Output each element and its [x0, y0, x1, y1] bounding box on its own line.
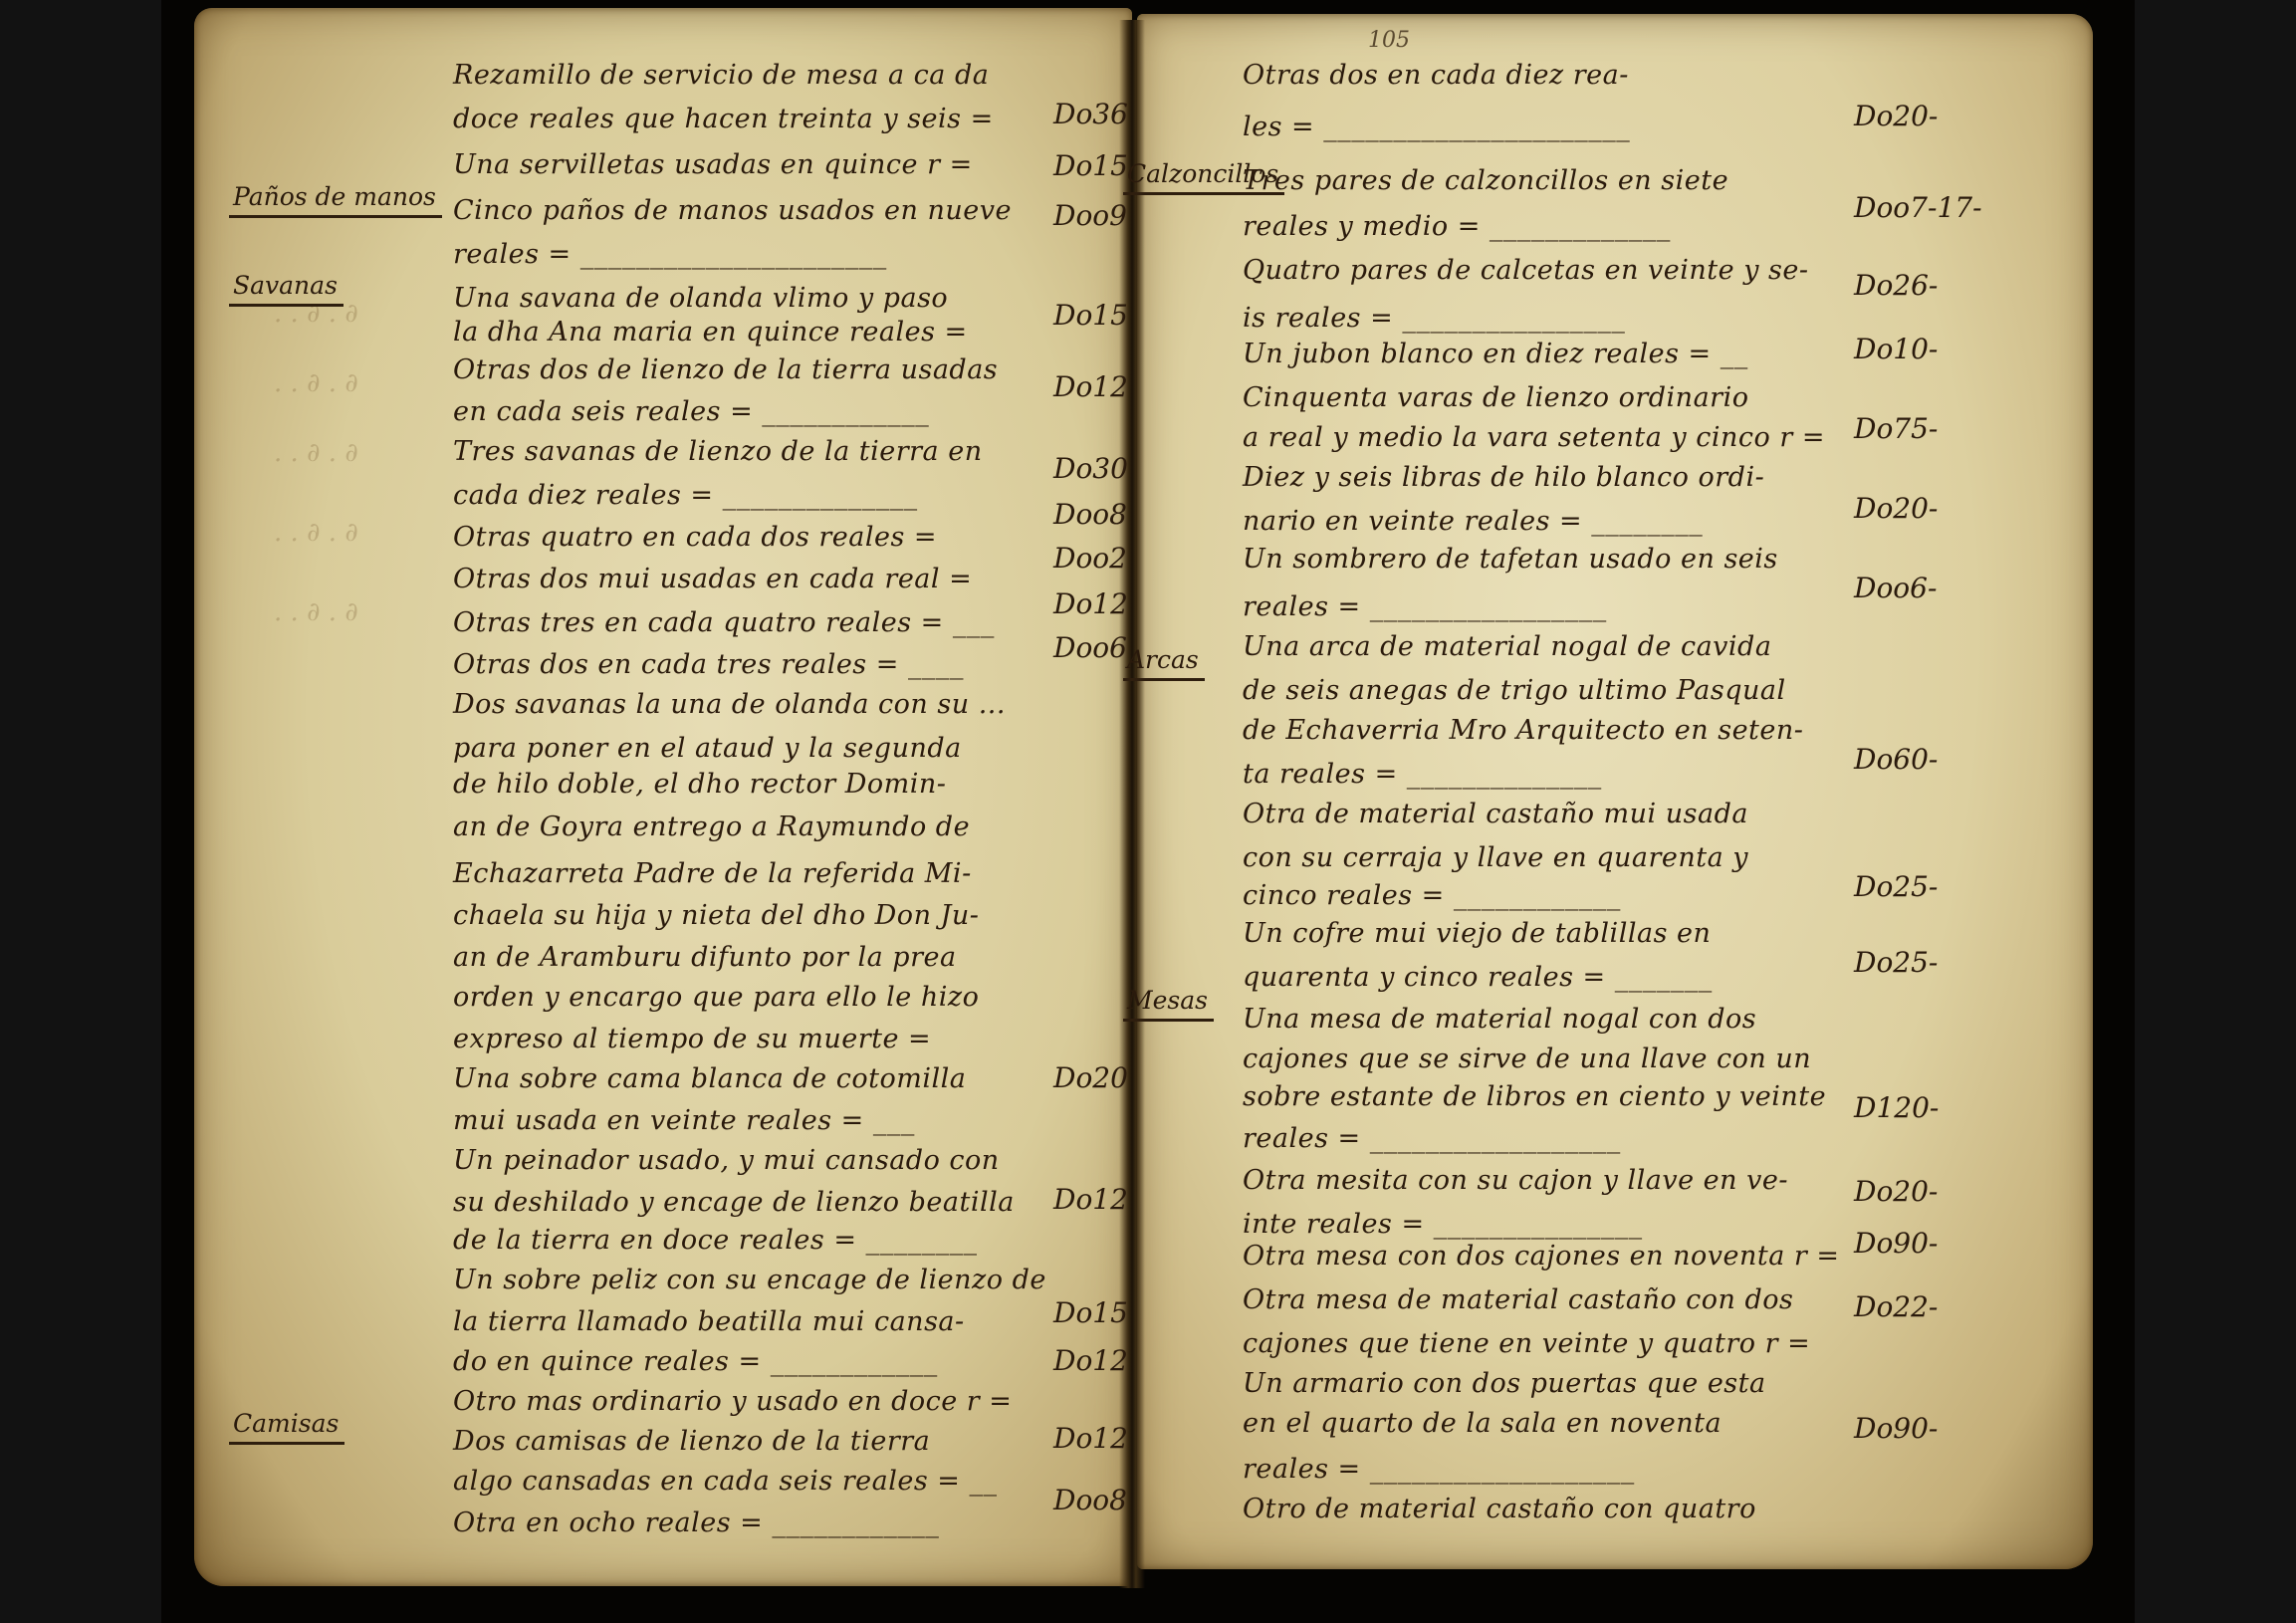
margin-heading: Calzoncillos — [1123, 159, 1284, 195]
entry-line: Diez y seis libras de hilo blanco ordi- — [1243, 462, 1764, 493]
entry-line: Tres savanas de lienzo de la tierra en — [453, 436, 983, 467]
margin-heading: Arcas — [1123, 645, 1205, 681]
margin-heading: Savanas — [229, 271, 344, 307]
entry-line: inte reales = _______________ — [1243, 1209, 1643, 1240]
amount-value: Do75- — [1854, 412, 1938, 445]
entry-line: Otra mesa con dos cajones en noventa r = — [1243, 1241, 1840, 1272]
entry-line: Un armario con dos puertas que esta — [1243, 1368, 1766, 1399]
amount-value: Do12 — [1053, 370, 1128, 403]
amount-value: Do25- — [1854, 870, 1938, 903]
entry-line: quarenta y cinco reales = _______ — [1243, 962, 1713, 993]
entry-line: de seis anegas de trigo ultimo Pasqual — [1243, 675, 1786, 706]
entry-line: nario en veinte reales = ________ — [1243, 506, 1703, 537]
amount-value: Do12 — [1053, 1183, 1128, 1216]
entry-line: Una servilletas usadas en quince r = — [453, 149, 973, 180]
amount-value: Do90- — [1854, 1227, 1938, 1260]
amount-value: Do20- — [1854, 492, 1938, 525]
amount-value: D120- — [1854, 1091, 1939, 1124]
entry-line: Otras dos de lienzo de la tierra usadas — [453, 354, 998, 385]
ghost-amount: . . ∂ . ∂ — [274, 518, 358, 548]
entry-line: do en quince reales = ____________ — [453, 1346, 938, 1377]
amount-value: Doo6 — [1053, 631, 1127, 664]
entry-line: Una savana de olanda vlimo y paso — [453, 283, 948, 314]
entry-line: Un peinador usado, y mui cansado con — [453, 1145, 1000, 1176]
amount-value: Do36 — [1053, 98, 1128, 130]
entry-line: cada diez reales = ______________ — [453, 480, 918, 511]
entry-line: Otra en ocho reales = ____________ — [453, 1507, 939, 1538]
amount-value: Doo8 — [1053, 498, 1127, 531]
amount-value: Doo7-17- — [1854, 191, 1982, 224]
entry-line: la dha Ana maria en quince reales = — [453, 317, 968, 348]
entry-line: cajones que se sirve de una llave con un — [1243, 1043, 1811, 1074]
entry-line: cinco reales = ____________ — [1243, 880, 1621, 911]
entry-line: en el quarto de la sala en noventa — [1243, 1408, 1722, 1439]
entry-line: algo cansadas en cada seis reales = __ — [453, 1466, 998, 1497]
amount-value: Doo2 — [1053, 542, 1127, 575]
amount-value: Doo9 — [1053, 199, 1127, 232]
amount-value: Do10- — [1854, 333, 1938, 365]
entry-line: cajones que tiene en veinte y quatro r = — [1243, 1328, 1810, 1359]
entry-line: reales = __________________ — [1243, 1123, 1621, 1154]
entry-line: de Echaverria Mro Arquitecto en seten- — [1243, 715, 1803, 746]
amount-value: Do30 — [1053, 452, 1128, 485]
entry-line: Un sobre peliz con su encage de lienzo d… — [453, 1265, 1046, 1295]
entry-line: Un jubon blanco en diez reales = __ — [1243, 339, 1748, 369]
entry-line: doce reales que hacen treinta y seis = — [453, 104, 994, 134]
entry-line: en cada seis reales = ____________ — [453, 396, 929, 427]
entry-line: Cinco paños de manos usados en nueve — [453, 195, 1012, 226]
entry-line: les = ______________________ — [1243, 112, 1630, 142]
entry-line: Una sobre cama blanca de cotomilla — [453, 1063, 966, 1094]
entry-line: la tierra llamado beatilla mui cansa- — [453, 1306, 965, 1337]
entry-line: Cinquenta varas de lienzo ordinario — [1243, 382, 1748, 413]
entry-line: Dos camisas de lienzo de la tierra — [453, 1426, 930, 1457]
amount-value: Do22- — [1854, 1290, 1938, 1323]
entry-line: Dos savanas la una de olanda con su ... — [453, 689, 1006, 720]
amount-value: Doo6- — [1854, 572, 1937, 604]
entry-line: mui usada en veinte reales = ___ — [453, 1105, 915, 1136]
entry-line: Otro mas ordinario y usado en doce r = — [453, 1386, 1012, 1417]
entry-line: a real y medio la vara setenta y cinco r… — [1243, 422, 1825, 453]
entry-line: reales = ___________________ — [1243, 1454, 1635, 1485]
entry-line: ta reales = ______________ — [1243, 759, 1602, 790]
amount-value: Do60- — [1854, 743, 1938, 776]
entry-line: Una mesa de material nogal con dos — [1243, 1004, 1756, 1035]
entry-line: su deshilado y encage de lienzo beatilla — [453, 1187, 1015, 1218]
amount-value: Do25- — [1854, 946, 1938, 979]
entry-line: reales y medio = _____________ — [1243, 211, 1671, 242]
amount-value: Do20 — [1053, 1061, 1128, 1094]
entry-line: Rezamillo de servicio de mesa a ca da — [453, 60, 989, 91]
entry-line: Un sombrero de tafetan usado en seis — [1243, 544, 1778, 575]
entry-line: reales = _________________ — [1243, 591, 1607, 622]
entry-line: Otras dos en cada diez rea- — [1243, 60, 1629, 91]
entry-line: Una arca de material nogal de cavida — [1243, 631, 1771, 662]
entry-line: Un cofre mui viejo de tablillas en — [1243, 918, 1711, 949]
entry-line: para poner en el ataud y la segunda — [453, 733, 962, 764]
entry-line: Otra mesita con su cajon y llave en ve- — [1243, 1165, 1788, 1196]
entry-line: Otras quatro en cada dos reales = — [453, 522, 937, 553]
amount-value: Do20- — [1854, 1175, 1938, 1208]
amount-value: Do12 — [1053, 587, 1128, 620]
amount-value: Do15 — [1053, 299, 1128, 332]
entry-line: expreso al tiempo de su muerte = — [453, 1024, 931, 1054]
folio-number: 105 — [1368, 28, 1410, 53]
entry-line: Quatro pares de calcetas en veinte y se- — [1243, 255, 1809, 286]
entry-line: Otra mesa de material castaño con dos — [1243, 1284, 1793, 1315]
margin-heading: Mesas — [1123, 986, 1214, 1022]
margin-heading: Camisas — [229, 1409, 344, 1445]
entry-line: Otras dos en cada tres reales = ____ — [453, 649, 964, 680]
entry-line: chaela su hija y nieta del dho Don Ju- — [453, 900, 979, 931]
amount-value: Do12 — [1053, 1344, 1128, 1377]
entry-line: an de Goyra entrego a Raymundo de — [453, 811, 970, 842]
entry-line: de hilo doble, el dho rector Domin- — [453, 769, 946, 800]
entry-line: Tres pares de calzoncillos en siete — [1243, 165, 1728, 196]
amount-value: Do12 — [1053, 1422, 1128, 1455]
entry-line: con su cerraja y llave en quarenta y — [1243, 842, 1748, 873]
margin-heading: Paños de manos — [229, 182, 442, 218]
amount-value: Doo8 — [1053, 1484, 1127, 1516]
entry-line: Otras dos mui usadas en cada real = — [453, 564, 972, 594]
amount-value: Do15 — [1053, 149, 1128, 182]
entry-line: Otro de material castaño con quatro — [1243, 1494, 1756, 1524]
entry-line: de la tierra en doce reales = ________ — [453, 1225, 978, 1256]
entry-line: is reales = ________________ — [1243, 303, 1625, 334]
entry-line: sobre estante de libros en ciento y vein… — [1243, 1081, 1826, 1112]
entry-line: orden y encargo que para ello le hizo — [453, 982, 979, 1013]
amount-value: Do15 — [1053, 1296, 1128, 1329]
entry-line: Echazarreta Padre de la referida Mi- — [453, 858, 972, 889]
ghost-amount: . . ∂ . ∂ — [274, 597, 358, 627]
entry-line: Otra de material castaño mui usada — [1243, 799, 1748, 829]
amount-value: Do26- — [1854, 269, 1938, 302]
amount-value: Do90- — [1854, 1412, 1938, 1445]
entry-line: reales = ______________________ — [453, 239, 887, 270]
amount-value: Do20- — [1854, 100, 1938, 132]
entry-line: Otras tres en cada quatro reales = ___ — [453, 607, 995, 638]
ghost-amount: . . ∂ . ∂ — [274, 368, 358, 398]
entry-line: an de Aramburu difunto por la prea — [453, 942, 957, 973]
ghost-amount: . . ∂ . ∂ — [274, 438, 358, 468]
